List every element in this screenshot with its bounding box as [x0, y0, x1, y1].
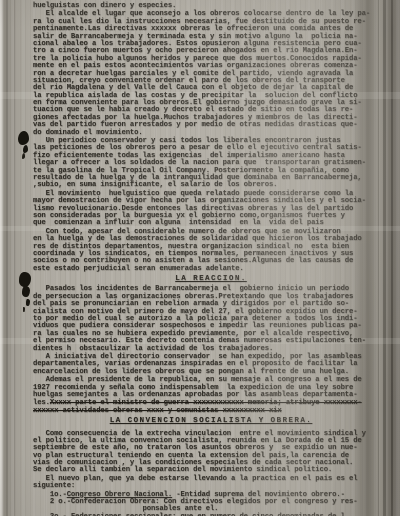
text-line: El nuevo plan, que ya debe estarse lleva… [33, 476, 389, 483]
paragraph: Como consecuencia de la extrecha vincula… [33, 431, 389, 475]
scan-streak [14, 0, 15, 516]
text-line: do dominado el movimiento. [33, 130, 389, 137]
struck-paragraph: les.Xxxxx parte el ministro de guerra xx… [33, 400, 389, 415]
ink-blot [19, 272, 31, 287]
section-heading: LA REACCION. [33, 276, 389, 283]
paragraph: El nuevo plan, que ya debe estarse lleva… [33, 476, 389, 491]
paragraph: Pasados los incidentes de Barrancabermej… [33, 286, 389, 353]
text-line: Se declaro alli tambien la separacion de… [33, 467, 389, 474]
text-line: este estado perjudicial seran enumeradas… [33, 266, 389, 273]
text-line: dientes h obstaculizar la actividad de l… [33, 346, 389, 353]
ink-blot [18, 131, 29, 145]
text-line: siguiente: [33, 483, 389, 490]
scan-streak [391, 0, 393, 516]
text-line: xxxxxx actividades obreras xxxx y comuni… [33, 408, 389, 415]
paragraph: El movimiento huelguistico que queda rel… [33, 191, 389, 228]
section-heading: LA CONVENCION SOCIALISTA Y OBRERA. [33, 418, 389, 425]
text-line: ,subio, en suma insignificante, el salar… [33, 182, 389, 189]
struck-text: xxxxxx actividades obreras xxxx y comuni… [33, 407, 282, 415]
paragraph: El alcalde el lugar que aconsejo a los o… [33, 11, 389, 137]
scan-streak [6, 0, 8, 516]
document-page: huelguistas con dinero y especies. El al… [0, 0, 400, 516]
paragraph: A iniciativa del directorio conservador … [33, 354, 389, 376]
paragraph: Con todo, apesar del considerable numero… [33, 229, 389, 273]
text-line: que comienzan a influir con alguna inten… [33, 220, 389, 227]
paragraph: Ademas el presidente de la republica, en… [33, 377, 389, 399]
paragraph: Un periodico conservador y casi todos lo… [33, 138, 389, 190]
numbered-list: 1o.-Congreso Obrero Nacional. -Entidad s… [33, 492, 389, 516]
document-text: huelguistas con dinero y especies. El al… [33, 3, 389, 516]
